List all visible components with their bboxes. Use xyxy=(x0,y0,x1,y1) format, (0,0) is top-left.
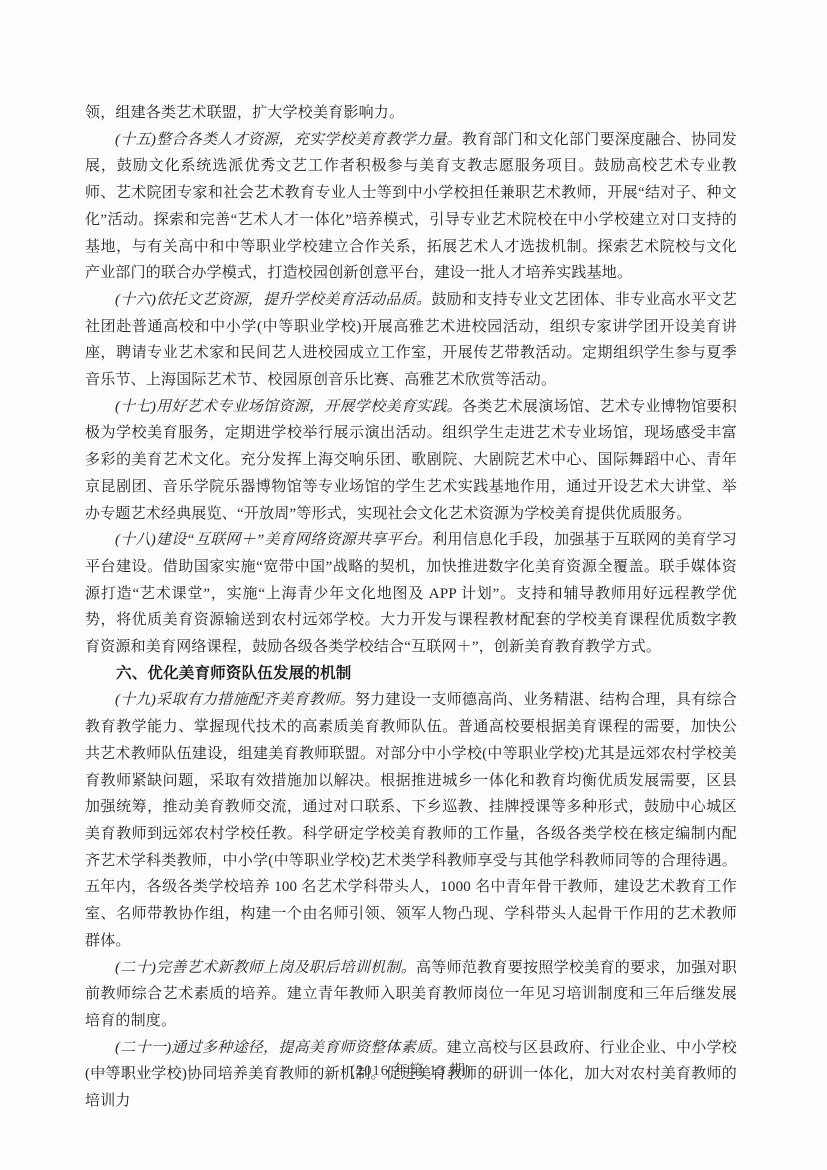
document-body: 领，组建各类艺术联盟，扩大学校美育影响力。 (十五)整合各类人才资源，充实学校美… xyxy=(85,100,737,1115)
paragraph-text: 教育部门和文化部门要深度融合、协同发展，鼓励文化系统选派优秀文艺工作者积极参与美… xyxy=(85,132,737,282)
document-page: 领，组建各类艺术联盟，扩大学校美育影响力。 (十五)整合各类人才资源，充实学校美… xyxy=(0,0,827,1170)
paragraph-text: 领，组建各类艺术联盟，扩大学校美育影响力。 xyxy=(85,105,404,121)
item-lead-sentence: (二十一)通过多种途径，提高美育师资整体素质。 xyxy=(115,1040,447,1056)
item-lead-sentence: (二十)完善艺术新教师上岗及职后培训机制。 xyxy=(115,960,416,976)
paragraph-item-20: (二十)完善艺术新教师上岗及职后培训机制。高等师范教育要按照学校美育的要求，加强… xyxy=(85,955,737,1035)
paragraph-item-17: (十七)用好艺术专业场馆资源，开展学校美育实践。各类艺术展演场馆、艺术专业博物馆… xyxy=(85,394,737,528)
paragraph-text: 利用信息化手段，加强基于互联网的美育学习平台建设。借助国家实施“宽带中国”战略的… xyxy=(85,532,737,655)
paragraph-item-16: (十六)依托文艺资源，提升学校美育活动品质。鼓励和支持专业文艺团体、非专业高水平… xyxy=(85,287,737,394)
item-lead-sentence: (十七)用好艺术专业场馆资源，开展学校美育实践。 xyxy=(115,399,462,415)
paragraph-text: 努力建设一支师德高尚、业务精湛、结构合理，具有综合教育教学能力、掌握现代技术的高… xyxy=(85,692,737,948)
issue-label: (2016 年第 13 期) xyxy=(85,1059,737,1083)
item-lead-sentence: (十九)采取有力措施配齐美育教师。 xyxy=(115,692,355,708)
paragraph-item-19: (十九)采取有力措施配齐美育教师。努力建设一支师德高尚、业务精湛、结构合理，具有… xyxy=(85,687,737,954)
item-lead-sentence: (十五)整合各类人才资源，充实学校美育教学力量。 xyxy=(115,132,462,148)
paragraph-item-18: (十八)建设“互联网＋”美育网络资源共享平台。利用信息化手段，加强基于互联网的美… xyxy=(85,527,737,661)
page-footer: — 14 — (2016 年第 13 期) xyxy=(85,1059,737,1083)
paragraph-continuation: 领，组建各类艺术联盟，扩大学校美育影响力。 xyxy=(85,100,737,127)
item-lead-sentence: (十八)建设“互联网＋”美育网络资源共享平台。 xyxy=(115,532,432,548)
paragraph-item-15: (十五)整合各类人才资源，充实学校美育教学力量。教育部门和文化部门要深度融合、协… xyxy=(85,127,737,287)
section-heading: 六、优化美育师资队伍发展的机制 xyxy=(85,661,737,688)
paragraph-text: 各类艺术展演场馆、艺术专业博物馆要积极为学校美育服务，定期进学校举行展示演出活动… xyxy=(85,399,737,522)
item-lead-sentence: (十六)依托文艺资源，提升学校美育活动品质。 xyxy=(115,292,431,308)
